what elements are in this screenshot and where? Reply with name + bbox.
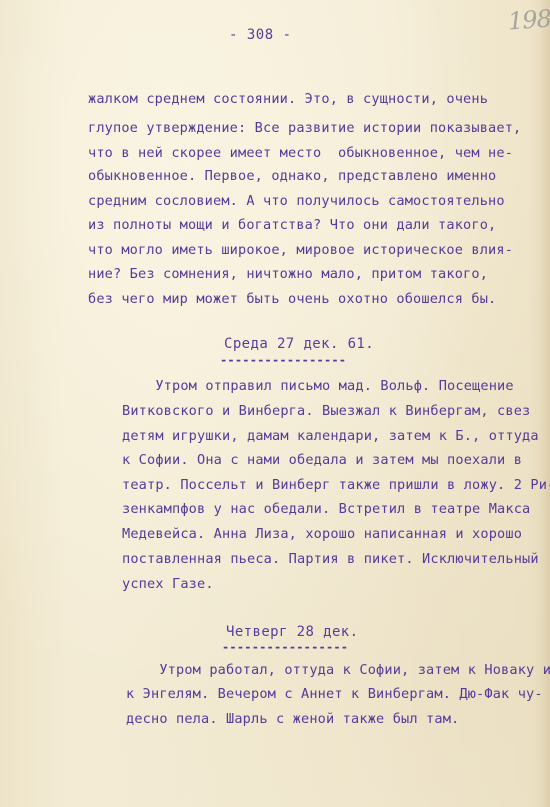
text-line: Утром отправил письмо мад. Вольф. Посеще…	[122, 378, 514, 394]
text-line: что могло иметь широкое, мировое историч…	[88, 242, 513, 258]
entry-heading: Среда 27 дек. 61.	[224, 336, 374, 352]
text-line: десно пела. Шарль с женой также был там.	[126, 711, 459, 727]
text-line: к Энгелям. Вечером с Аннет к Винбергам. …	[126, 686, 543, 702]
text-line: к Софии. Она с нами обедала и затем мы п…	[122, 452, 522, 468]
text-line: Медевейса. Анна Лиза, хорошо написанная …	[122, 526, 522, 542]
text-line: ние? Без сомнения, ничтожно мало, притом…	[88, 266, 488, 282]
text-line: Утром работал, оттуда к Софии, затем к Н…	[126, 662, 550, 678]
text-line: что в ней скорее имеет место обыкновенно…	[88, 145, 513, 161]
text-line: из полноты мощи и богатства? Что они дал…	[88, 217, 496, 233]
heading-underline: -----------------	[222, 641, 348, 653]
text-line: без чего мир может быть очень охотно обо…	[88, 291, 496, 307]
text-line: глупое утверждение: Все развитие истории…	[88, 120, 521, 136]
text-line: театр. Поссельт и Винберг также пришли в…	[122, 477, 550, 493]
heading-underline: -----------------	[220, 354, 346, 366]
entry-heading: Четверг 28 дек.	[226, 624, 358, 640]
text-line: зенкампфов у нас обедали. Встретил в теа…	[122, 501, 530, 517]
text-line: жалком среднем состоянии. Это, в сущност…	[88, 91, 488, 107]
text-line: детям игрушки, дамам календари, затем к …	[122, 428, 539, 444]
document-page: - 308 - 198 жалком среднем состоянии. Эт…	[0, 0, 550, 807]
text-line: средним сословием. А что получилось само…	[88, 193, 505, 209]
page-number: - 308 -	[229, 27, 292, 43]
text-line: успех Газе.	[122, 576, 214, 592]
text-line: поставленная пьеса. Партия в пикет. Искл…	[122, 551, 539, 567]
text-line: Витковского и Винберга. Выезжал к Винбер…	[122, 403, 530, 419]
archive-pencil-number: 198	[507, 5, 550, 36]
text-line: обыкновенное. Первое, однако, представле…	[88, 168, 496, 184]
